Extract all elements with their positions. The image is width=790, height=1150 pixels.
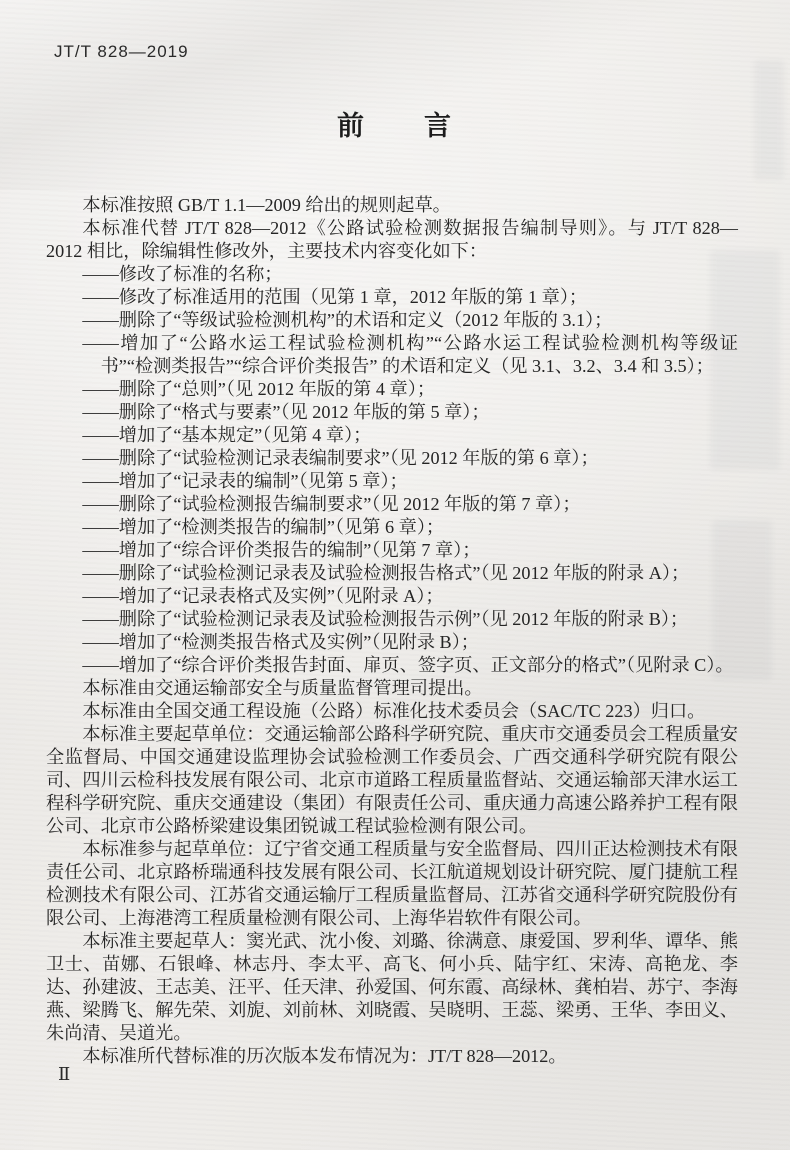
paragraph: ——删除了“试验检测记录表编制要求”（见 2012 年版的第 6 章）； [46, 447, 738, 470]
paragraph: ——增加了“检测类报告格式及实例”（见附录 B）； [46, 631, 738, 654]
foreword-title: 前 言 [0, 104, 790, 143]
paragraph: ——增加了“公路水运工程试验检测机构”“公路水运工程试验检测机构等级证书”“检测… [46, 332, 738, 378]
paragraph: ——删除了“试验检测报告编制要求”（见 2012 年版的第 7 章）； [46, 493, 738, 516]
paragraph: 本标准按照 GB/T 1.1—2009 给出的规则起草。 [46, 194, 738, 217]
paragraph: ——删除了“格式与要素”（见 2012 年版的第 5 章）； [46, 401, 738, 424]
paragraph: 本标准所代替标准的历次版本发布情况为：JT/T 828—2012。 [46, 1045, 738, 1068]
paragraph: ——增加了“检测类报告的编制”（见第 6 章）； [46, 516, 738, 539]
paragraph: 本标准代替 JT/T 828—2012《公路试验检测数据报告编制导则》。与 JT… [46, 217, 738, 263]
paragraph: ——增加了“记录表的编制”（见第 5 章）； [46, 470, 738, 493]
paragraph: ——修改了标准适用的范围（见第 1 章，2012 年版的第 1 章）； [46, 286, 738, 309]
paragraph: 本标准主要起草人：窦光武、沈小俊、刘璐、徐满意、康爱国、罗利华、谭华、熊卫士、苗… [46, 930, 738, 1045]
paragraph: ——增加了“记录表格式及实例”（见附录 A）； [46, 585, 738, 608]
paragraph: 本标准参与起草单位：辽宁省交通工程质量与安全监督局、四川正达检测技术有限责任公司… [46, 838, 738, 930]
paragraph: ——修改了标准的名称； [46, 263, 738, 286]
document-body: 本标准按照 GB/T 1.1—2009 给出的规则起草。本标准代替 JT/T 8… [46, 194, 738, 1068]
paragraph: ——增加了“综合评价类报告封面、扉页、签字页、正文部分的格式”（见附录 C）。 [46, 654, 738, 677]
paragraph: ——删除了“试验检测记录表及试验检测报告示例”（见 2012 年版的附录 B）； [46, 608, 738, 631]
standard-number: JT/T 828—2019 [54, 42, 189, 62]
paragraph: 本标准由全国交通工程设施（公路）标准化技术委员会（SAC/TC 223）归口。 [46, 700, 738, 723]
paragraph: 本标准由交通运输部安全与质量监督管理司提出。 [46, 677, 738, 700]
paragraph: ——增加了“综合评价类报告的编制”（见第 7 章）； [46, 539, 738, 562]
paragraph: ——删除了“试验检测记录表及试验检测报告格式”（见 2012 年版的附录 A）； [46, 562, 738, 585]
paragraph: ——增加了“基本规定”（见第 4 章）； [46, 424, 738, 447]
page-number: Ⅱ [58, 1064, 70, 1085]
paragraph: ——删除了“等级试验检测机构”的术语和定义（2012 年版的 3.1）； [46, 309, 738, 332]
paragraph: 本标准主要起草单位：交通运输部公路科学研究院、重庆市交通委员会工程质量安全监督局… [46, 723, 738, 838]
paper-crease-shading [0, 0, 790, 190]
paragraph: ——删除了“总则”（见 2012 年版的第 4 章）； [46, 378, 738, 401]
scanned-standard-page: JT/T 828—2019 前 言 本标准按照 GB/T 1.1—2009 给出… [0, 0, 790, 1150]
